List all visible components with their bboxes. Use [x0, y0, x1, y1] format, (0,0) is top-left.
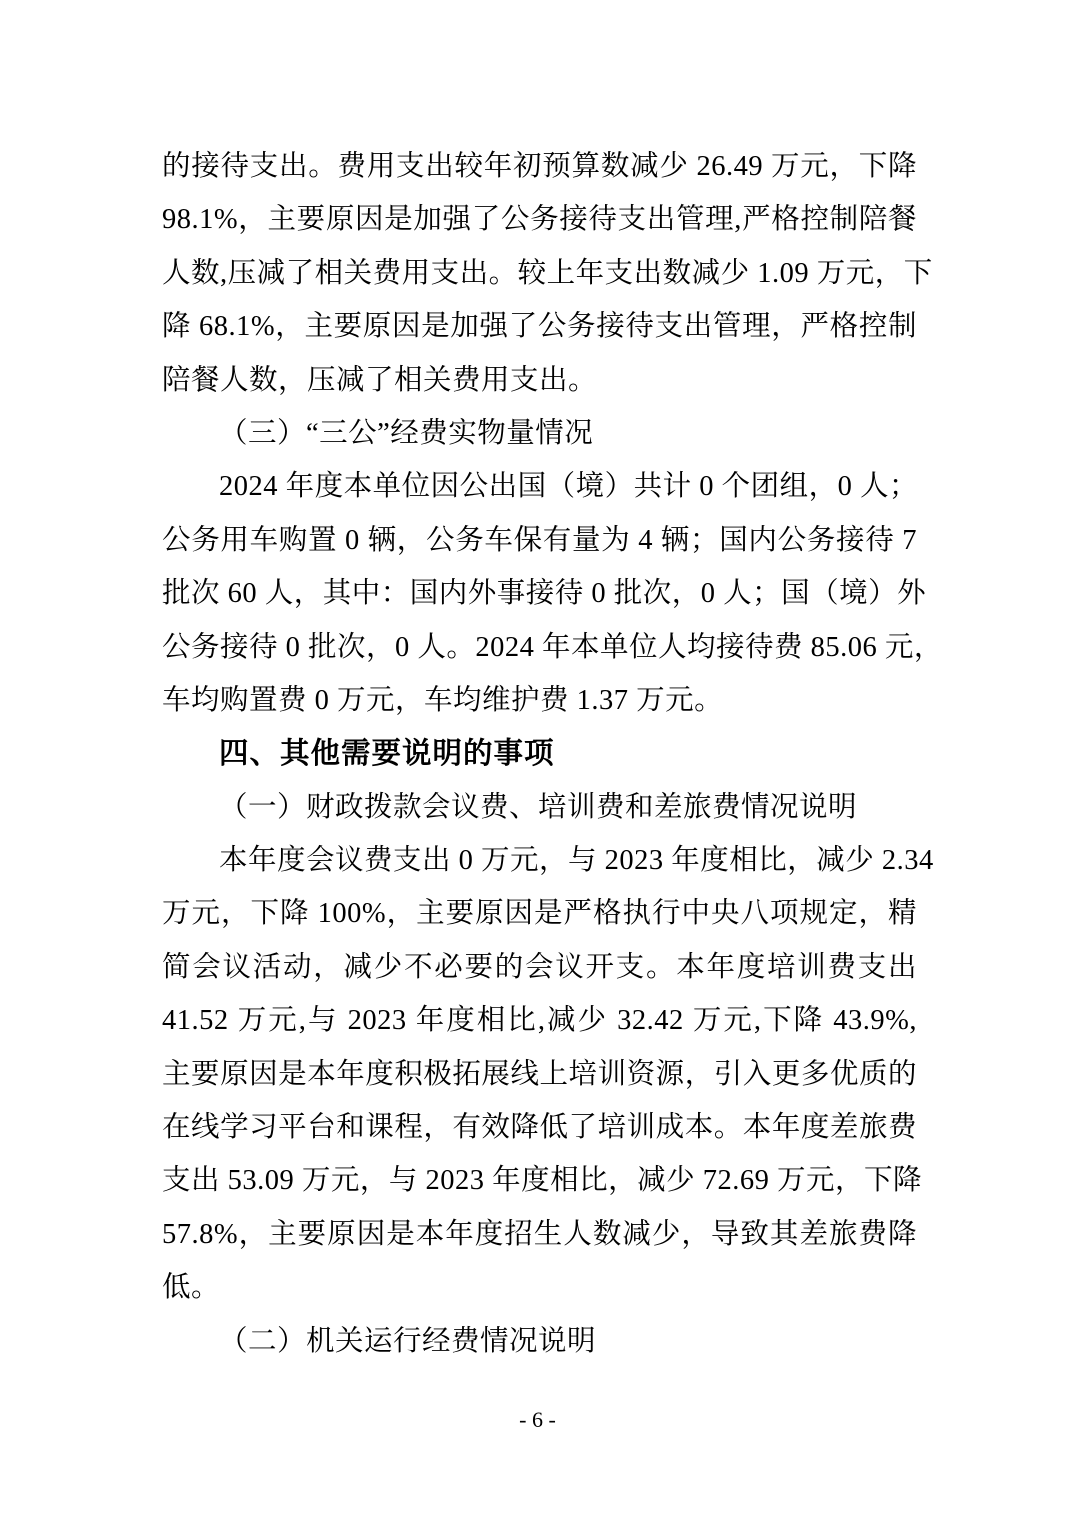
body-text-line: 万元，下降 100%，主要原因是严格执行中央八项规定，精 — [162, 887, 917, 940]
body-text-line: 低。 — [162, 1261, 917, 1314]
body-text-line: 简会议活动，减少不必要的会议开支。本年度培训费支出 — [162, 941, 917, 994]
body-text-line: 支出 53.09 万元，与 2023 年度相比，减少 72.69 万元，下降 — [162, 1154, 917, 1207]
body-text-line: 在线学习平台和课程，有效降低了培训成本。本年度差旅费 — [162, 1101, 917, 1154]
body-text-line: 2024 年度本单位因公出国（境）共计 0 个团组，0 人； — [162, 460, 917, 513]
body-text-line: 的接待支出。费用支出较年初预算数减少 26.49 万元，下降 — [162, 140, 917, 193]
section-heading: （二）机关运行经费情况说明 — [162, 1315, 917, 1368]
body-text-line: 98.1%，主要原因是加强了公务接待支出管理,严格控制陪餐 — [162, 193, 917, 246]
body-text-line: 41.52 万元,与 2023 年度相比,减少 32.42 万元,下降 43.9… — [162, 994, 917, 1047]
body-text-line: 车均购置费 0 万元，车均维护费 1.37 万元。 — [162, 674, 917, 727]
document-body: 的接待支出。费用支出较年初预算数减少 26.49 万元，下降98.1%，主要原因… — [162, 140, 917, 1368]
body-text-line: 本年度会议费支出 0 万元，与 2023 年度相比，减少 2.34 — [162, 834, 917, 887]
body-text-line: 陪餐人数，压减了相关费用支出。 — [162, 354, 917, 407]
document-page: 的接待支出。费用支出较年初预算数减少 26.49 万元，下降98.1%，主要原因… — [0, 0, 1075, 1520]
body-text-line: 主要原因是本年度积极拓展线上培训资源，引入更多优质的 — [162, 1048, 917, 1101]
body-text-line: 人数,压减了相关费用支出。较上年支出数减少 1.09 万元，下 — [162, 247, 917, 300]
section-heading: 四、其他需要说明的事项 — [162, 727, 917, 780]
body-text-line: 公务接待 0 批次，0 人。2024 年本单位人均接待费 85.06 元， — [162, 621, 917, 674]
body-text-line: 降 68.1%，主要原因是加强了公务接待支出管理，严格控制 — [162, 300, 917, 353]
page-footer: - 6 - — [0, 1406, 1075, 1434]
body-text-line: 57.8%，主要原因是本年度招生人数减少，导致其差旅费降 — [162, 1208, 917, 1261]
section-heading: （三）“三公”经费实物量情况 — [162, 407, 917, 460]
body-text-line: 批次 60 人，其中：国内外事接待 0 批次，0 人；国（境）外 — [162, 567, 917, 620]
body-text-line: 公务用车购置 0 辆，公务车保有量为 4 辆；国内公务接待 7 — [162, 514, 917, 567]
section-heading: （一）财政拨款会议费、培训费和差旅费情况说明 — [162, 781, 917, 834]
page-number: - 6 - — [519, 1407, 556, 1432]
